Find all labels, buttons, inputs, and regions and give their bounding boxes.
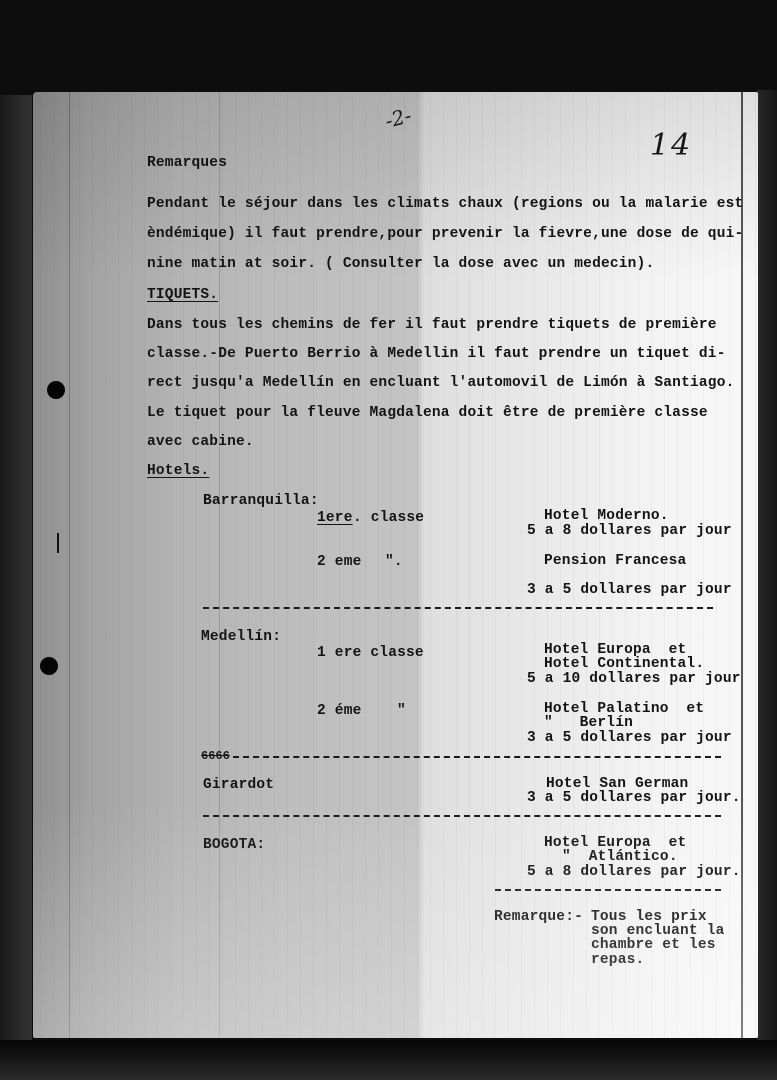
tiquets-line: rect jusqu'a Medellín en encluant l'auto… [147, 376, 735, 391]
hotel-class: 1ere [317, 511, 353, 526]
remarques-line: Pendant le séjour dans les climats chaux… [147, 197, 743, 212]
scan-line [69, 92, 70, 1038]
remarques-line: nine matin at soir. ( Consulter la dose … [147, 257, 654, 272]
hotel-class-suffix: " [397, 704, 406, 719]
struck-text: 6666 [201, 749, 230, 763]
hotel-price: 5 a 8 dollares par jour. [527, 865, 741, 880]
city-medellin: Medellín: [201, 630, 281, 645]
hotel-class: 1 ere classe [317, 646, 424, 661]
hotel-name: Hotel Moderno. [544, 509, 669, 524]
hotel-name: " Atlántico. [562, 850, 678, 865]
closing-remark-label: Remarque:- [494, 910, 583, 925]
hotel-name: Pension Francesa [544, 554, 686, 569]
tiquets-line: Le tiquet pour la fleuve Magdalena doit … [147, 406, 708, 421]
hotel-class-suffix: . classe [353, 511, 424, 526]
hotel-name: Hotel Continental. [544, 657, 704, 672]
hotels-heading: Hotels. [147, 464, 209, 479]
hotel-class: 2 eme [317, 555, 362, 570]
punch-hole [40, 657, 58, 675]
hotel-price: 3 a 5 dollares par jour. [527, 791, 741, 806]
closing-remark-line: chambre et les [591, 938, 716, 953]
separator [495, 889, 721, 891]
separator [203, 607, 713, 609]
hotel-price: 5 a 10 dollares par jour [527, 672, 741, 687]
tiquets-heading: TIQUETS. [147, 288, 218, 303]
city-barranquilla: Barranquilla: [203, 494, 319, 509]
remarques-line: èndémique) il faut prendre,pour prevenir… [147, 227, 743, 242]
scanner-backdrop-right [757, 90, 777, 1080]
hotel-price: 3 a 5 dollares par jour [527, 731, 732, 746]
hotel-class: 2 éme [317, 704, 362, 719]
closing-remark-line: repas. [591, 953, 644, 968]
hotel-class-suffix: ". [385, 555, 403, 570]
scanner-backdrop-bottom [0, 1040, 777, 1080]
separator [233, 756, 721, 758]
tiquets-line: Dans tous les chemins de fer il faut pre… [147, 318, 717, 333]
folio-mark-top: -2- [382, 103, 414, 133]
document-page: -2- 14 Remarques Pendant le séjour dans … [33, 92, 758, 1038]
ink-mark [57, 533, 59, 553]
city-bogota: BOGOTA: [203, 838, 265, 853]
separator [203, 815, 721, 817]
hotel-name: " Berlín [544, 716, 633, 731]
remarques-heading: Remarques [147, 156, 227, 171]
folio-number: 14 [650, 128, 692, 163]
punch-hole [47, 381, 65, 399]
scanner-backdrop-left [0, 95, 32, 1080]
hotel-price: 3 a 5 dollares par jour [527, 583, 732, 598]
tiquets-line: classe.-De Puerto Berrio à Medellin il f… [147, 347, 726, 362]
hotel-price: 5 a 8 dollares par jour [527, 524, 732, 539]
tiquets-line: avec cabine. [147, 435, 254, 450]
city-girardot: Girardot [203, 778, 274, 793]
